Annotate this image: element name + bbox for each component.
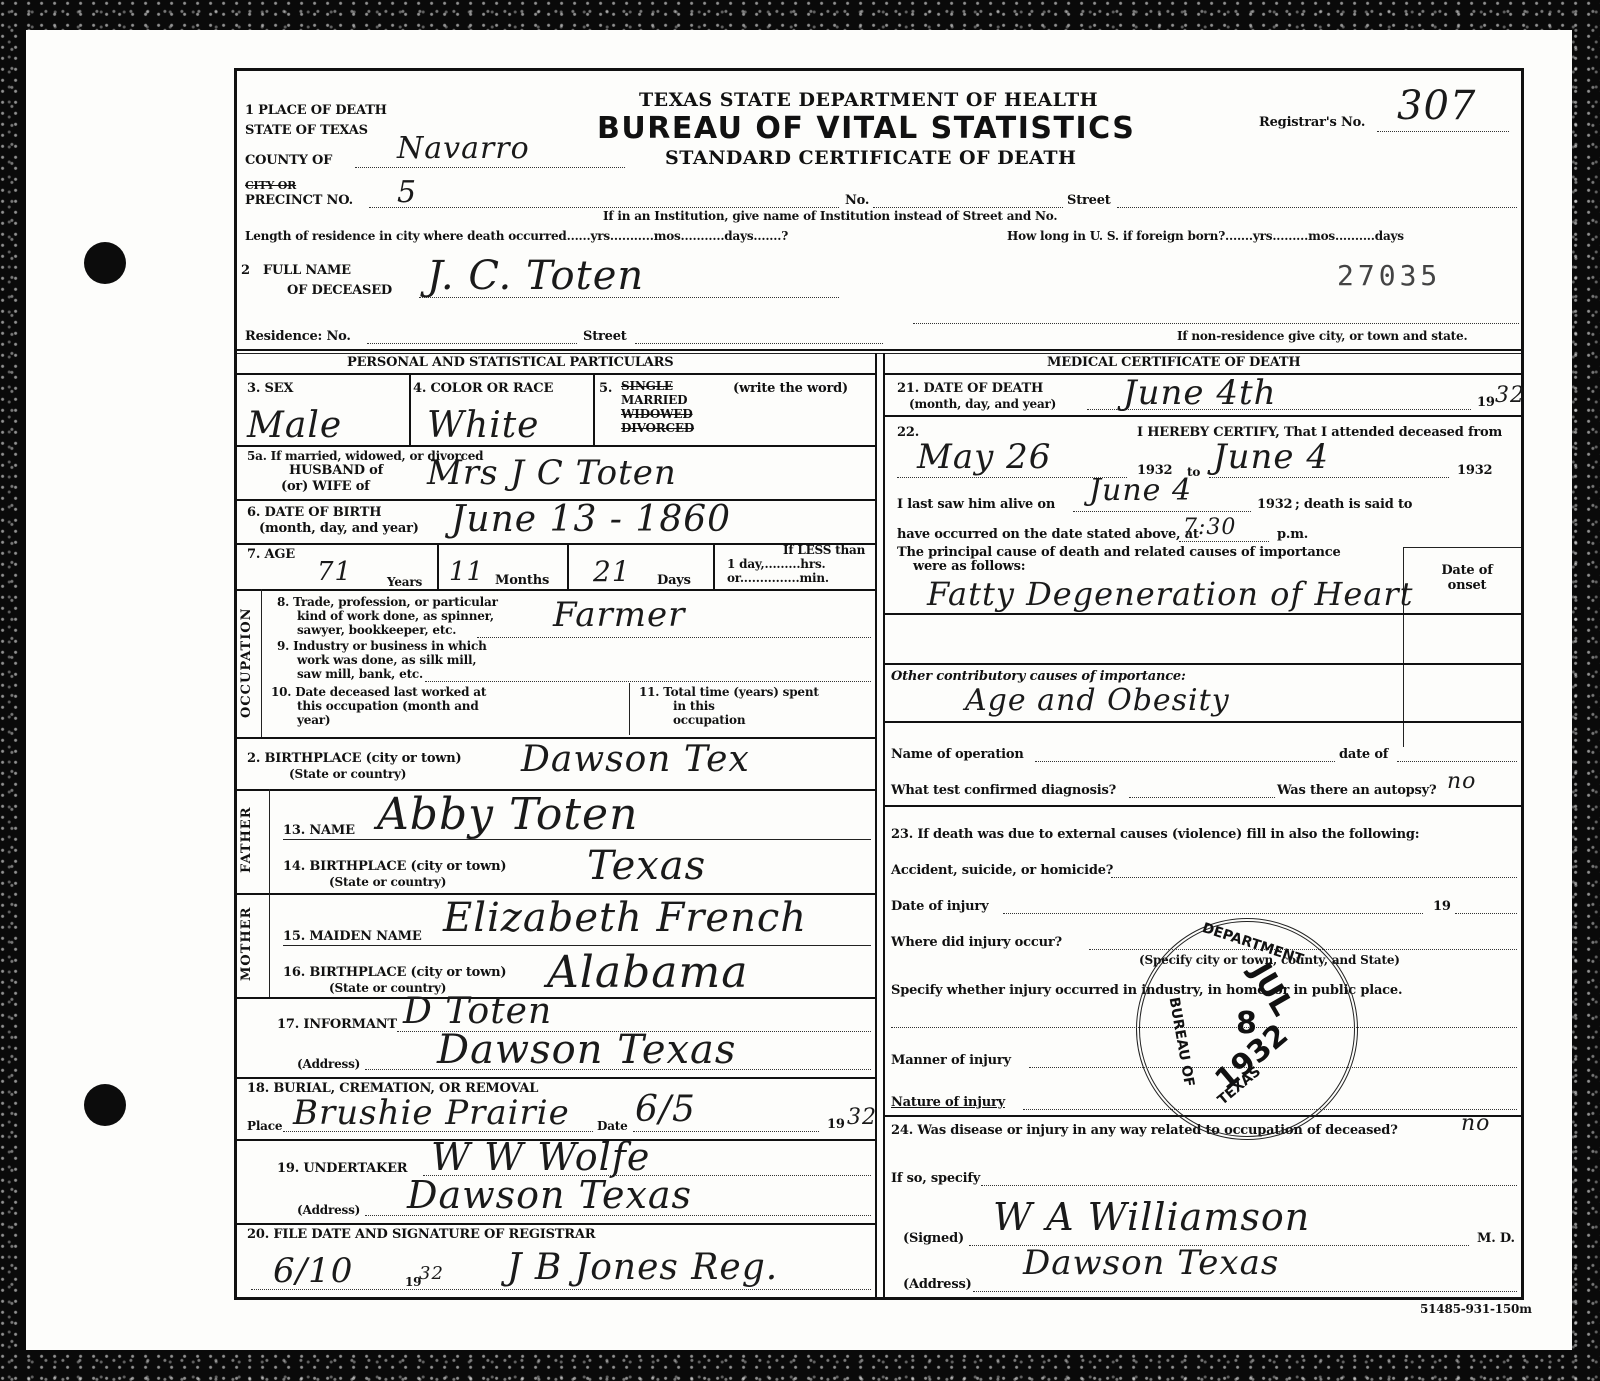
- total-time-label-2: in this: [673, 699, 715, 713]
- industry-label-2: work was done, as silk mill,: [297, 653, 476, 667]
- race-value: White: [427, 405, 539, 446]
- autopsy-label: Was there an autopsy?: [1277, 783, 1436, 798]
- place-of-death-label: 1 PLACE OF DEATH: [245, 103, 387, 118]
- burial-year-value: 32: [847, 1105, 877, 1130]
- test-label: What test confirmed diagnosis?: [891, 783, 1116, 798]
- punch-hole-bottom: [84, 1084, 126, 1126]
- injury-date-label: Date of injury: [891, 899, 988, 914]
- if-so-label: If so, specify: [891, 1171, 980, 1186]
- total-time-label-3: occupation: [673, 713, 745, 727]
- father-birthplace-label-1: 14. BIRTHPLACE (city or town): [283, 859, 506, 874]
- time-label: have occurred on the date stated above, …: [897, 527, 1199, 542]
- attended-to-value: June 4: [1213, 437, 1329, 477]
- last-worked-label-1: 10. Date deceased last worked at: [271, 685, 486, 699]
- occupation-side-label: OCCUPATION: [239, 593, 254, 733]
- marital-label: 5.: [599, 381, 612, 396]
- registrar-signature: J B Jones Reg.: [507, 1247, 778, 1288]
- trade-label-1: 8. Trade, profession, or particular: [277, 595, 498, 609]
- full-name-label-1: FULL NAME: [263, 263, 351, 278]
- death-certificate-form: 1 PLACE OF DEATH STATE OF TEXAS COUNTY O…: [234, 68, 1524, 1300]
- attended-to-year: 1932: [1457, 463, 1492, 478]
- last-saw-label: I last saw him alive on: [897, 497, 1055, 512]
- informant-address-label: (Address): [297, 1057, 360, 1071]
- street-no-label: No.: [845, 193, 869, 208]
- mother-birthplace-label-1: 16. BIRTHPLACE (city or town): [283, 965, 506, 980]
- last-saw-value: June 4: [1089, 473, 1192, 508]
- residence-street-label: Street: [583, 329, 627, 344]
- foreign-born-label: How long in U. S. if foreign born?......…: [1007, 229, 1404, 243]
- injury-where-label: Where did injury occur?: [891, 935, 1062, 950]
- marital-option-married: MARRIED: [621, 393, 687, 407]
- mother-maiden-value: Elizabeth French: [443, 895, 807, 941]
- signed-label: (Signed): [903, 1231, 964, 1246]
- birthplace-value: Dawson Tex: [521, 739, 750, 780]
- physician-signature: W A Williamson: [993, 1195, 1310, 1239]
- dod-value: June 4th: [1123, 373, 1277, 413]
- time-value: 7:30: [1183, 515, 1236, 540]
- state-label: STATE OF TEXAS: [245, 123, 368, 138]
- cause-label-1: The principal cause of death and related…: [897, 545, 1341, 560]
- father-name-value: Abby Toten: [377, 789, 638, 840]
- county-label: COUNTY OF: [245, 153, 332, 168]
- trade-value: Farmer: [553, 595, 685, 635]
- personal-section-title: PERSONAL AND STATISTICAL PARTICULARS: [347, 355, 673, 370]
- dod-label-2: (month, day, and year): [909, 397, 1056, 411]
- father-birthplace-label-2: (State or country): [329, 875, 446, 889]
- informant-value: D Toten: [403, 991, 552, 1032]
- last-saw-year: 1932: [1257, 497, 1292, 512]
- full-name-label-2: OF DECEASED: [287, 283, 392, 298]
- total-time-label-1: 11. Total time (years) spent: [639, 685, 819, 699]
- age-less-label-1: If LESS than: [783, 543, 865, 557]
- department-title: TEXAS STATE DEPARTMENT OF HEALTH: [639, 89, 1098, 111]
- age-less-label-3: or...............min.: [727, 571, 829, 585]
- nature-label: Nature of injury: [891, 1095, 1005, 1110]
- undertaker-address-value: Dawson Texas: [407, 1173, 692, 1217]
- mother-birthplace-value: Alabama: [547, 947, 748, 998]
- city-or-struck-label: CITY OR: [245, 179, 296, 192]
- marital-option-divorced: DIVORCED: [621, 421, 694, 435]
- registrar-label: 20. FILE DATE AND SIGNATURE OF REGISTRAR: [247, 1227, 595, 1242]
- spouse-value: Mrs J C Toten: [427, 453, 677, 493]
- industry-label-1: 9. Industry or business in which: [277, 639, 487, 653]
- accident-label: Accident, suicide, or homicide?: [891, 863, 1113, 878]
- burial-place-label: Place: [247, 1119, 282, 1133]
- occupation-related-label: 24. Was disease or injury in any way rel…: [891, 1123, 1398, 1138]
- occupation-related-value: no: [1461, 1111, 1490, 1136]
- physician-address-value: Dawson Texas: [1023, 1243, 1279, 1283]
- registrar-no-value: 307: [1397, 83, 1476, 129]
- item-2-marker: 2: [241, 263, 250, 278]
- age-years-label: Years: [387, 575, 422, 589]
- residence-no-label: Residence: No.: [245, 329, 351, 344]
- spouse-label-2: HUSBAND of: [289, 463, 383, 478]
- sex-label: 3. SEX: [247, 381, 293, 396]
- dob-label-2: (month, day, and year): [259, 521, 419, 536]
- father-name-label: 13. NAME: [283, 823, 355, 838]
- sex-value: Male: [247, 405, 342, 446]
- age-days-value: 21: [593, 555, 631, 588]
- file-year-value: 32: [419, 1263, 444, 1284]
- precinct-label: PRECINCT NO.: [245, 193, 353, 208]
- file-number: 27035: [1337, 259, 1441, 292]
- punch-hole-top: [84, 242, 126, 284]
- cause-label-2: were as follows:: [913, 559, 1025, 574]
- industry-label-3: saw mill, bank, etc.: [297, 667, 423, 681]
- contributory-label: Other contributory causes of importance:: [891, 669, 1186, 684]
- manner-label: Manner of injury: [891, 1053, 1011, 1068]
- stamp-left-text: BUREAU OF: [1166, 996, 1197, 1088]
- undertaker-label: 19. UNDERTAKER: [277, 1161, 407, 1176]
- age-days-label: Days: [657, 573, 691, 588]
- death-said-label: ; death is said to: [1295, 497, 1412, 512]
- burial-date-label: Date: [597, 1119, 628, 1133]
- certify-number: 22.: [897, 425, 919, 440]
- burial-date-value: 6/5: [635, 1089, 696, 1130]
- precinct-value: 5: [397, 175, 417, 210]
- operation-date-label: date of: [1339, 747, 1388, 762]
- file-date-value: 6/10: [273, 1251, 353, 1291]
- birthplace-label-2: (State or country): [289, 767, 406, 781]
- trade-label-2: kind of work done, as spinner,: [297, 609, 494, 623]
- registration-stamp: DEPARTMENT BUREAU OF JUL 8 1932 TEXAS: [1136, 918, 1358, 1140]
- last-worked-label-2: this occupation (month and: [297, 699, 479, 713]
- father-birthplace-value: Texas: [587, 843, 706, 889]
- spouse-label-3: (or) WIFE of: [281, 479, 370, 494]
- attended-from-value: May 26: [917, 437, 1051, 477]
- last-worked-label-3: year): [297, 713, 330, 727]
- autopsy-value: no: [1447, 769, 1476, 794]
- age-months-value: 11: [449, 557, 484, 587]
- onset-label: Date of onset: [1427, 563, 1507, 593]
- registrar-no-label: Registrar's No.: [1259, 115, 1365, 130]
- street-label: Street: [1067, 193, 1111, 208]
- nonresidence-note: If non-residence give city, or town and …: [1177, 329, 1467, 343]
- age-label: 7. AGE: [247, 547, 295, 562]
- mother-maiden-label: 15. MAIDEN NAME: [283, 929, 422, 944]
- marital-option-single: SINGLE: [621, 379, 673, 393]
- md-label: M. D.: [1477, 1231, 1515, 1246]
- marital-option-widowed: WIDOWED: [621, 407, 693, 421]
- county-value: Navarro: [397, 131, 530, 166]
- medical-section-title: MEDICAL CERTIFICATE OF DEATH: [1047, 355, 1300, 370]
- form-code: 51485-931-150m: [1420, 1302, 1532, 1316]
- dod-label-1: 21. DATE OF DEATH: [897, 381, 1043, 396]
- race-label: 4. COLOR OR RACE: [413, 381, 553, 396]
- birthplace-label-1: 2. BIRTHPLACE (city or town): [247, 751, 462, 766]
- external-causes-label: 23. If death was due to external causes …: [891, 827, 1419, 842]
- age-less-label-2: 1 day,.........hrs.: [727, 557, 825, 571]
- injury-year-prefix: 19: [1433, 899, 1451, 914]
- burial-place-value: Brushie Prairie: [293, 1093, 570, 1133]
- dob-value: June 13 - 1860: [451, 499, 731, 540]
- informant-address-value: Dawson Texas: [437, 1027, 736, 1073]
- informant-label: 17. INFORMANT: [277, 1017, 397, 1032]
- full-name-value: J. C. Toten: [427, 253, 644, 299]
- bureau-title: BUREAU OF VITAL STATISTICS: [597, 111, 1135, 146]
- marital-hint: (write the word): [733, 381, 848, 396]
- age-years-value: 71: [317, 557, 352, 587]
- contributory-value: Age and Obesity: [965, 683, 1230, 718]
- institution-note: If in an Institution, give name of Insti…: [603, 209, 1057, 223]
- dod-year-value: 32: [1495, 383, 1525, 408]
- time-suffix: p.m.: [1277, 527, 1308, 542]
- undertaker-address-label: (Address): [297, 1203, 360, 1217]
- residence-length-label: Length of residence in city where death …: [245, 229, 788, 243]
- burial-year-prefix: 19: [827, 1117, 845, 1132]
- father-side-label: FATHER: [239, 795, 254, 885]
- dod-year-prefix: 19: [1477, 395, 1495, 410]
- age-months-label: Months: [495, 573, 549, 588]
- physician-address-label: (Address): [903, 1277, 972, 1292]
- trade-label-3: sawyer, bookkeeper, etc.: [297, 623, 456, 637]
- operation-label: Name of operation: [891, 747, 1024, 762]
- mother-side-label: MOTHER: [239, 899, 254, 989]
- dob-label-1: 6. DATE OF BIRTH: [247, 505, 381, 520]
- certificate-title: STANDARD CERTIFICATE OF DEATH: [665, 147, 1076, 169]
- stamp-top-text: DEPARTMENT: [1200, 920, 1305, 968]
- principal-cause-value: Fatty Degeneration of Heart: [927, 575, 1414, 613]
